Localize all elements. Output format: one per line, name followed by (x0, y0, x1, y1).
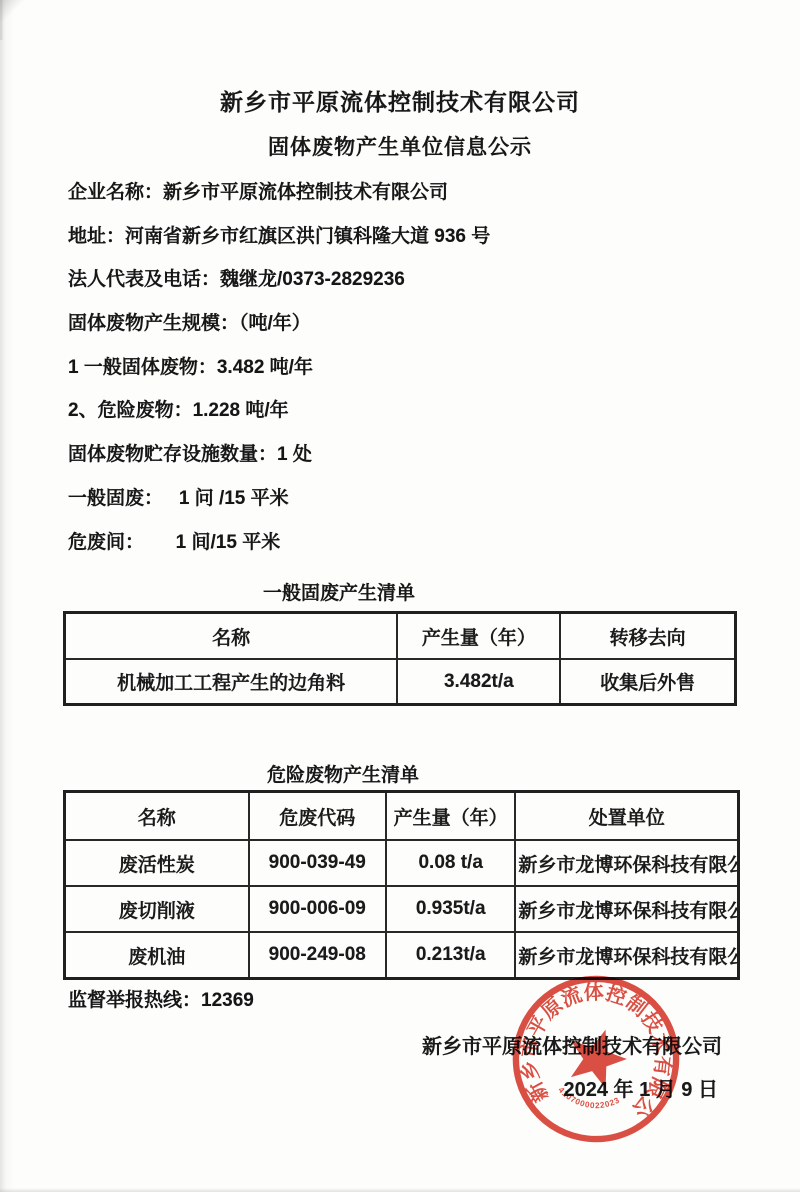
col-header-amount: 产生量（年） (386, 792, 515, 841)
cell-waste-destination: 收集后外售 (560, 659, 735, 705)
signature-company: 新乡市平原流体控制技术有限公司 (422, 1030, 722, 1059)
cell-waste-name: 废机油 (65, 932, 249, 979)
table-row: 废切削液 900-006-09 0.935t/a 新乡市龙博环保科技有限公司 (65, 886, 739, 932)
info-line-general-waste: 1 一般固体废物：3.482 吨/年 (68, 356, 760, 400)
cell-waste-amount: 0.08 t/a (386, 840, 515, 886)
cell-waste-code: 900-249-08 (249, 932, 386, 979)
cell-waste-code: 900-006-09 (249, 886, 386, 932)
info-line-address: 地址：河南省新乡市红旗区洪门镇科隆大道 936 号 (68, 225, 760, 269)
company-seal-stamp: 新乡市平原流体控制技术有限公司 4107000022023 (496, 959, 696, 1159)
info-line-general-storage: 一般固废： 1 问 /15 平米 (68, 487, 760, 531)
cell-disposal-unit: 新乡市龙博环保科技有限公司 (515, 932, 738, 979)
cell-waste-amount: 0.213t/a (386, 932, 515, 979)
info-line-storage-count: 固体废物贮存设施数量：1 处 (68, 443, 760, 487)
col-header-name: 名称 (65, 613, 398, 660)
general-table-title: 一般固废产生清单 (263, 578, 415, 605)
info-line-hazardous-waste: 2、危险废物：1.228 吨/年 (68, 399, 760, 443)
seal-ring (508, 971, 684, 1147)
cell-disposal-unit: 新乡市龙博环保科技有限公司 (515, 886, 738, 932)
cell-waste-amount: 3.482t/a (397, 659, 560, 705)
col-header-code: 危废代码 (249, 792, 386, 841)
scan-corner-artifact (0, 0, 60, 40)
cell-waste-code: 900-039-49 (249, 840, 386, 886)
document-title: 新乡市平原流体控制技术有限公司 (0, 84, 800, 117)
cell-waste-name: 废切削液 (65, 886, 249, 932)
info-line-waste-scale: 固体废物产生规模：（吨/年） (68, 312, 760, 356)
table-row: 机械加工工程产生的边角料 3.482t/a 收集后外售 (65, 659, 736, 705)
document-subtitle: 固体废物产生单位信息公示 (0, 131, 800, 161)
cell-disposal-unit: 新乡市龙博环保科技有限公司 (515, 840, 738, 886)
table-header-row: 名称 产生量（年） 转移去向 (65, 613, 736, 660)
report-hotline-text: 监督举报热线：12369 (68, 985, 254, 1012)
cell-waste-name: 废活性炭 (65, 840, 249, 886)
document-page: 新乡市平原流体控制技术有限公司 固体废物产生单位信息公示 企业名称：新乡市平原流… (0, 0, 800, 1192)
info-section: 企业名称：新乡市平原流体控制技术有限公司 地址：河南省新乡市红旗区洪门镇科隆大道… (68, 181, 760, 574)
table-header-row: 名称 危废代码 产生量（年） 处置单位 (65, 792, 739, 841)
col-header-destination: 转移去向 (560, 613, 735, 660)
cell-waste-name: 机械加工工程产生的边角料 (65, 659, 398, 705)
col-header-amount: 产生量（年） (397, 613, 560, 660)
table-row: 废活性炭 900-039-49 0.08 t/a 新乡市龙博环保科技有限公司 (65, 840, 739, 886)
info-line-company-name: 企业名称：新乡市平原流体控制技术有限公司 (68, 181, 760, 225)
info-line-legal-rep-phone: 法人代表及电话：魏继龙/0373-2829236 (68, 268, 760, 312)
col-header-disposal-unit: 处置单位 (515, 792, 738, 841)
info-line-hazard-room: 危废间： 1 间/15 平米 (68, 531, 760, 575)
general-waste-table: 名称 产生量（年） 转移去向 机械加工工程产生的边角料 3.482t/a 收集后… (63, 611, 737, 706)
table-row: 废机油 900-249-08 0.213t/a 新乡市龙博环保科技有限公司 (65, 932, 739, 979)
col-header-name: 名称 (65, 792, 249, 841)
hazardous-waste-table: 名称 危废代码 产生量（年） 处置单位 废活性炭 900-039-49 0.08… (63, 790, 740, 980)
cell-waste-amount: 0.935t/a (386, 886, 515, 932)
signature-date: 2024 年 1 月 9 日 (563, 1073, 718, 1102)
hazard-table-title: 危险废物产生清单 (267, 760, 419, 787)
